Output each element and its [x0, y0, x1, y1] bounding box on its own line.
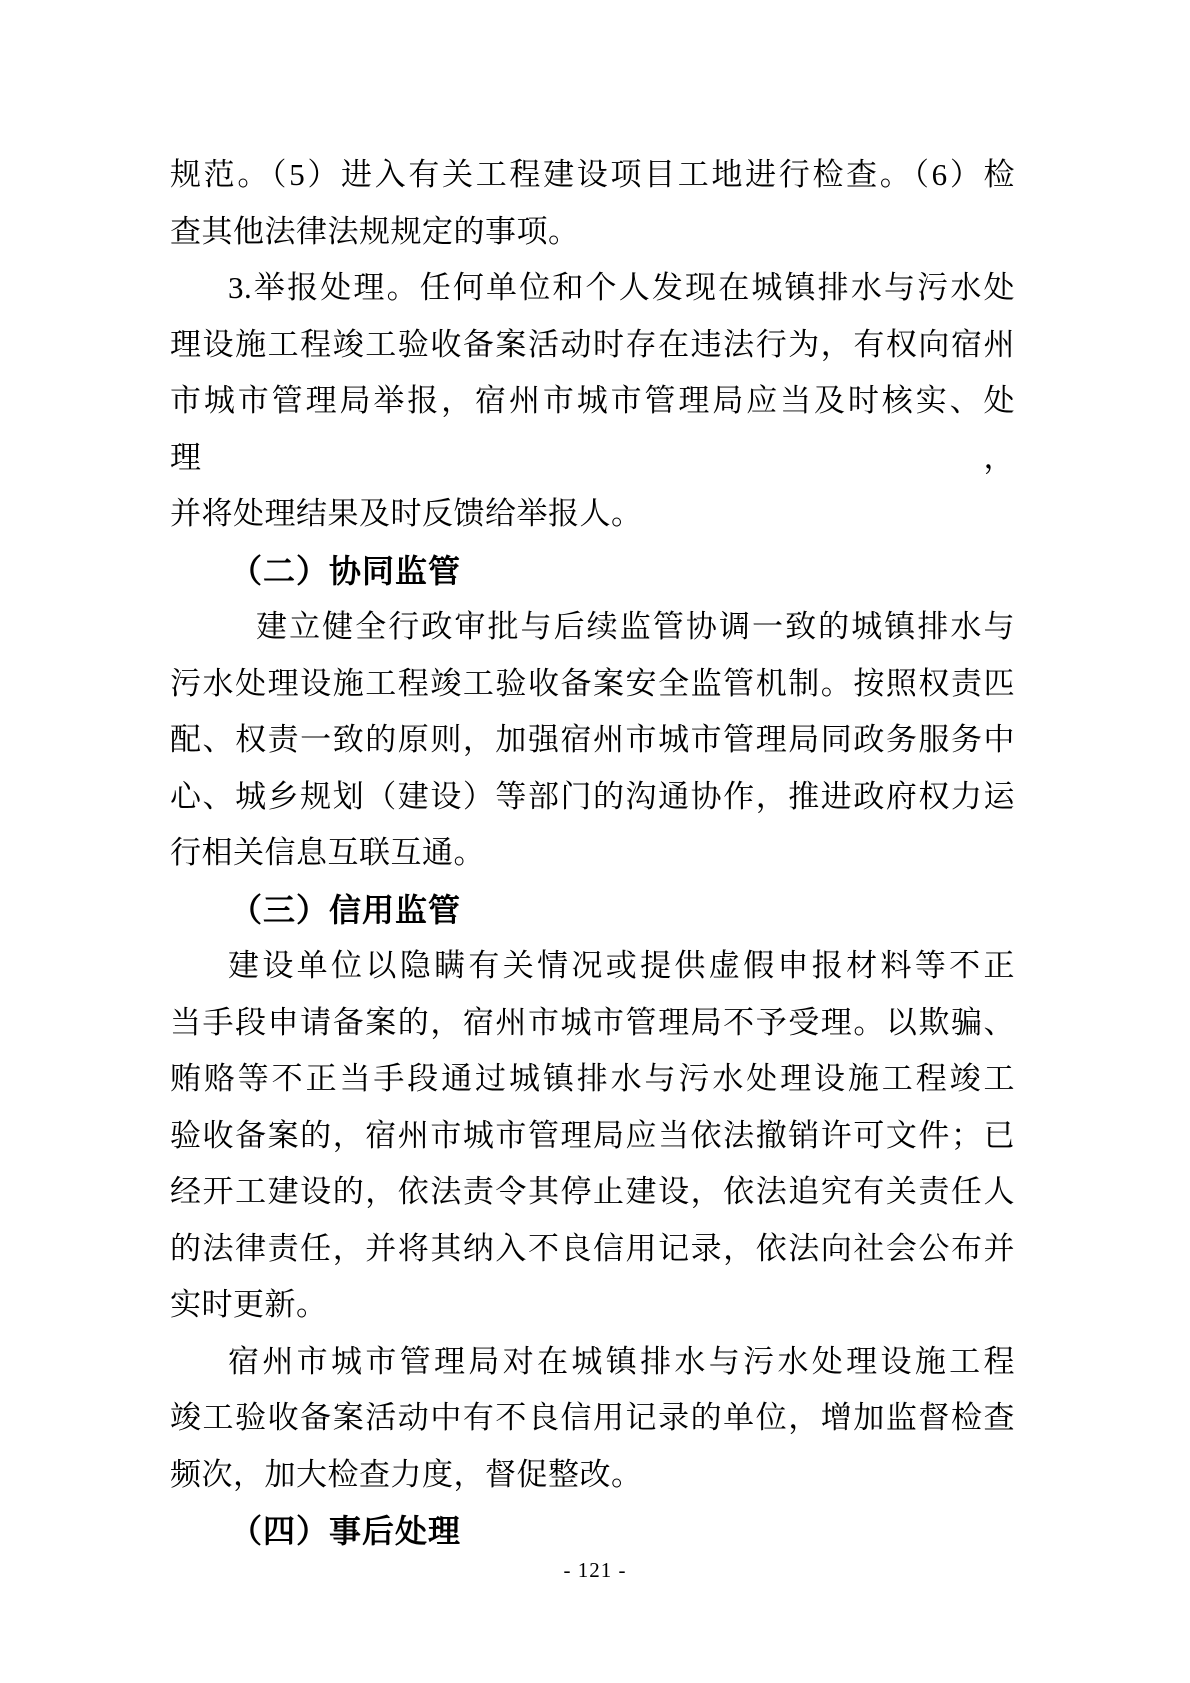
document-body: 规范。（5）进入有关工程建设项目工地进行检查。（6）检 查其他法律法规规定的事项…	[170, 147, 1015, 1560]
body-line: 频次，加大检查力度，督促整改。	[170, 1447, 1015, 1504]
body-line: 建设单位以隐瞒有关情况或提供虚假申报材料等不正	[170, 938, 1015, 995]
body-line: 建立健全行政审批与后续监管协调一致的城镇排水与	[170, 599, 1015, 656]
body-line: 当手段申请备案的，宿州市城市管理局不予受理。以欺骗、	[170, 995, 1015, 1052]
page-number: - 121 -	[564, 1558, 627, 1582]
body-line: 理设施工程竣工验收备案活动时存在违法行为，有权向宿州	[170, 317, 1015, 374]
body-line: 行相关信息互联互通。	[170, 825, 1015, 882]
body-line: 并将处理结果及时反馈给举报人。	[170, 486, 1015, 543]
body-line: 污水处理设施工程竣工验收备案安全监管机制。按照权责匹	[170, 656, 1015, 713]
body-line: 市城市管理局举报，宿州市城市管理局应当及时核实、处理，	[170, 373, 1015, 486]
body-line: 的法律责任，并将其纳入不良信用记录，依法向社会公布并	[170, 1221, 1015, 1278]
body-line: 规范。（5）进入有关工程建设项目工地进行检查。（6）检	[170, 147, 1015, 204]
body-line: 3.举报处理。任何单位和个人发现在城镇排水与污水处	[170, 260, 1015, 317]
body-line: 经开工建设的，依法责令其停止建设，依法追究有关责任人	[170, 1164, 1015, 1221]
section-heading: （二）协同监管	[170, 543, 1015, 600]
body-line: 心、城乡规划（建设）等部门的沟通协作，推进政府权力运	[170, 769, 1015, 826]
section-heading: （四）事后处理	[170, 1503, 1015, 1560]
body-line: 贿赂等不正当手段通过城镇排水与污水处理设施工程竣工	[170, 1051, 1015, 1108]
body-line: 查其他法律法规规定的事项。	[170, 204, 1015, 261]
body-line: 竣工验收备案活动中有不良信用记录的单位，增加监督检查	[170, 1390, 1015, 1447]
page-footer: - 121 -	[0, 1558, 1190, 1583]
body-line: 配、权责一致的原则，加强宿州市城市管理局同政务服务中	[170, 712, 1015, 769]
body-line: 实时更新。	[170, 1277, 1015, 1334]
section-heading: （三）信用监管	[170, 882, 1015, 939]
document-page: 规范。（5）进入有关工程建设项目工地进行检查。（6）检 查其他法律法规规定的事项…	[0, 0, 1190, 1683]
body-line: 宿州市城市管理局对在城镇排水与污水处理设施工程	[170, 1334, 1015, 1391]
body-line: 验收备案的，宿州市城市管理局应当依法撤销许可文件；已	[170, 1108, 1015, 1165]
